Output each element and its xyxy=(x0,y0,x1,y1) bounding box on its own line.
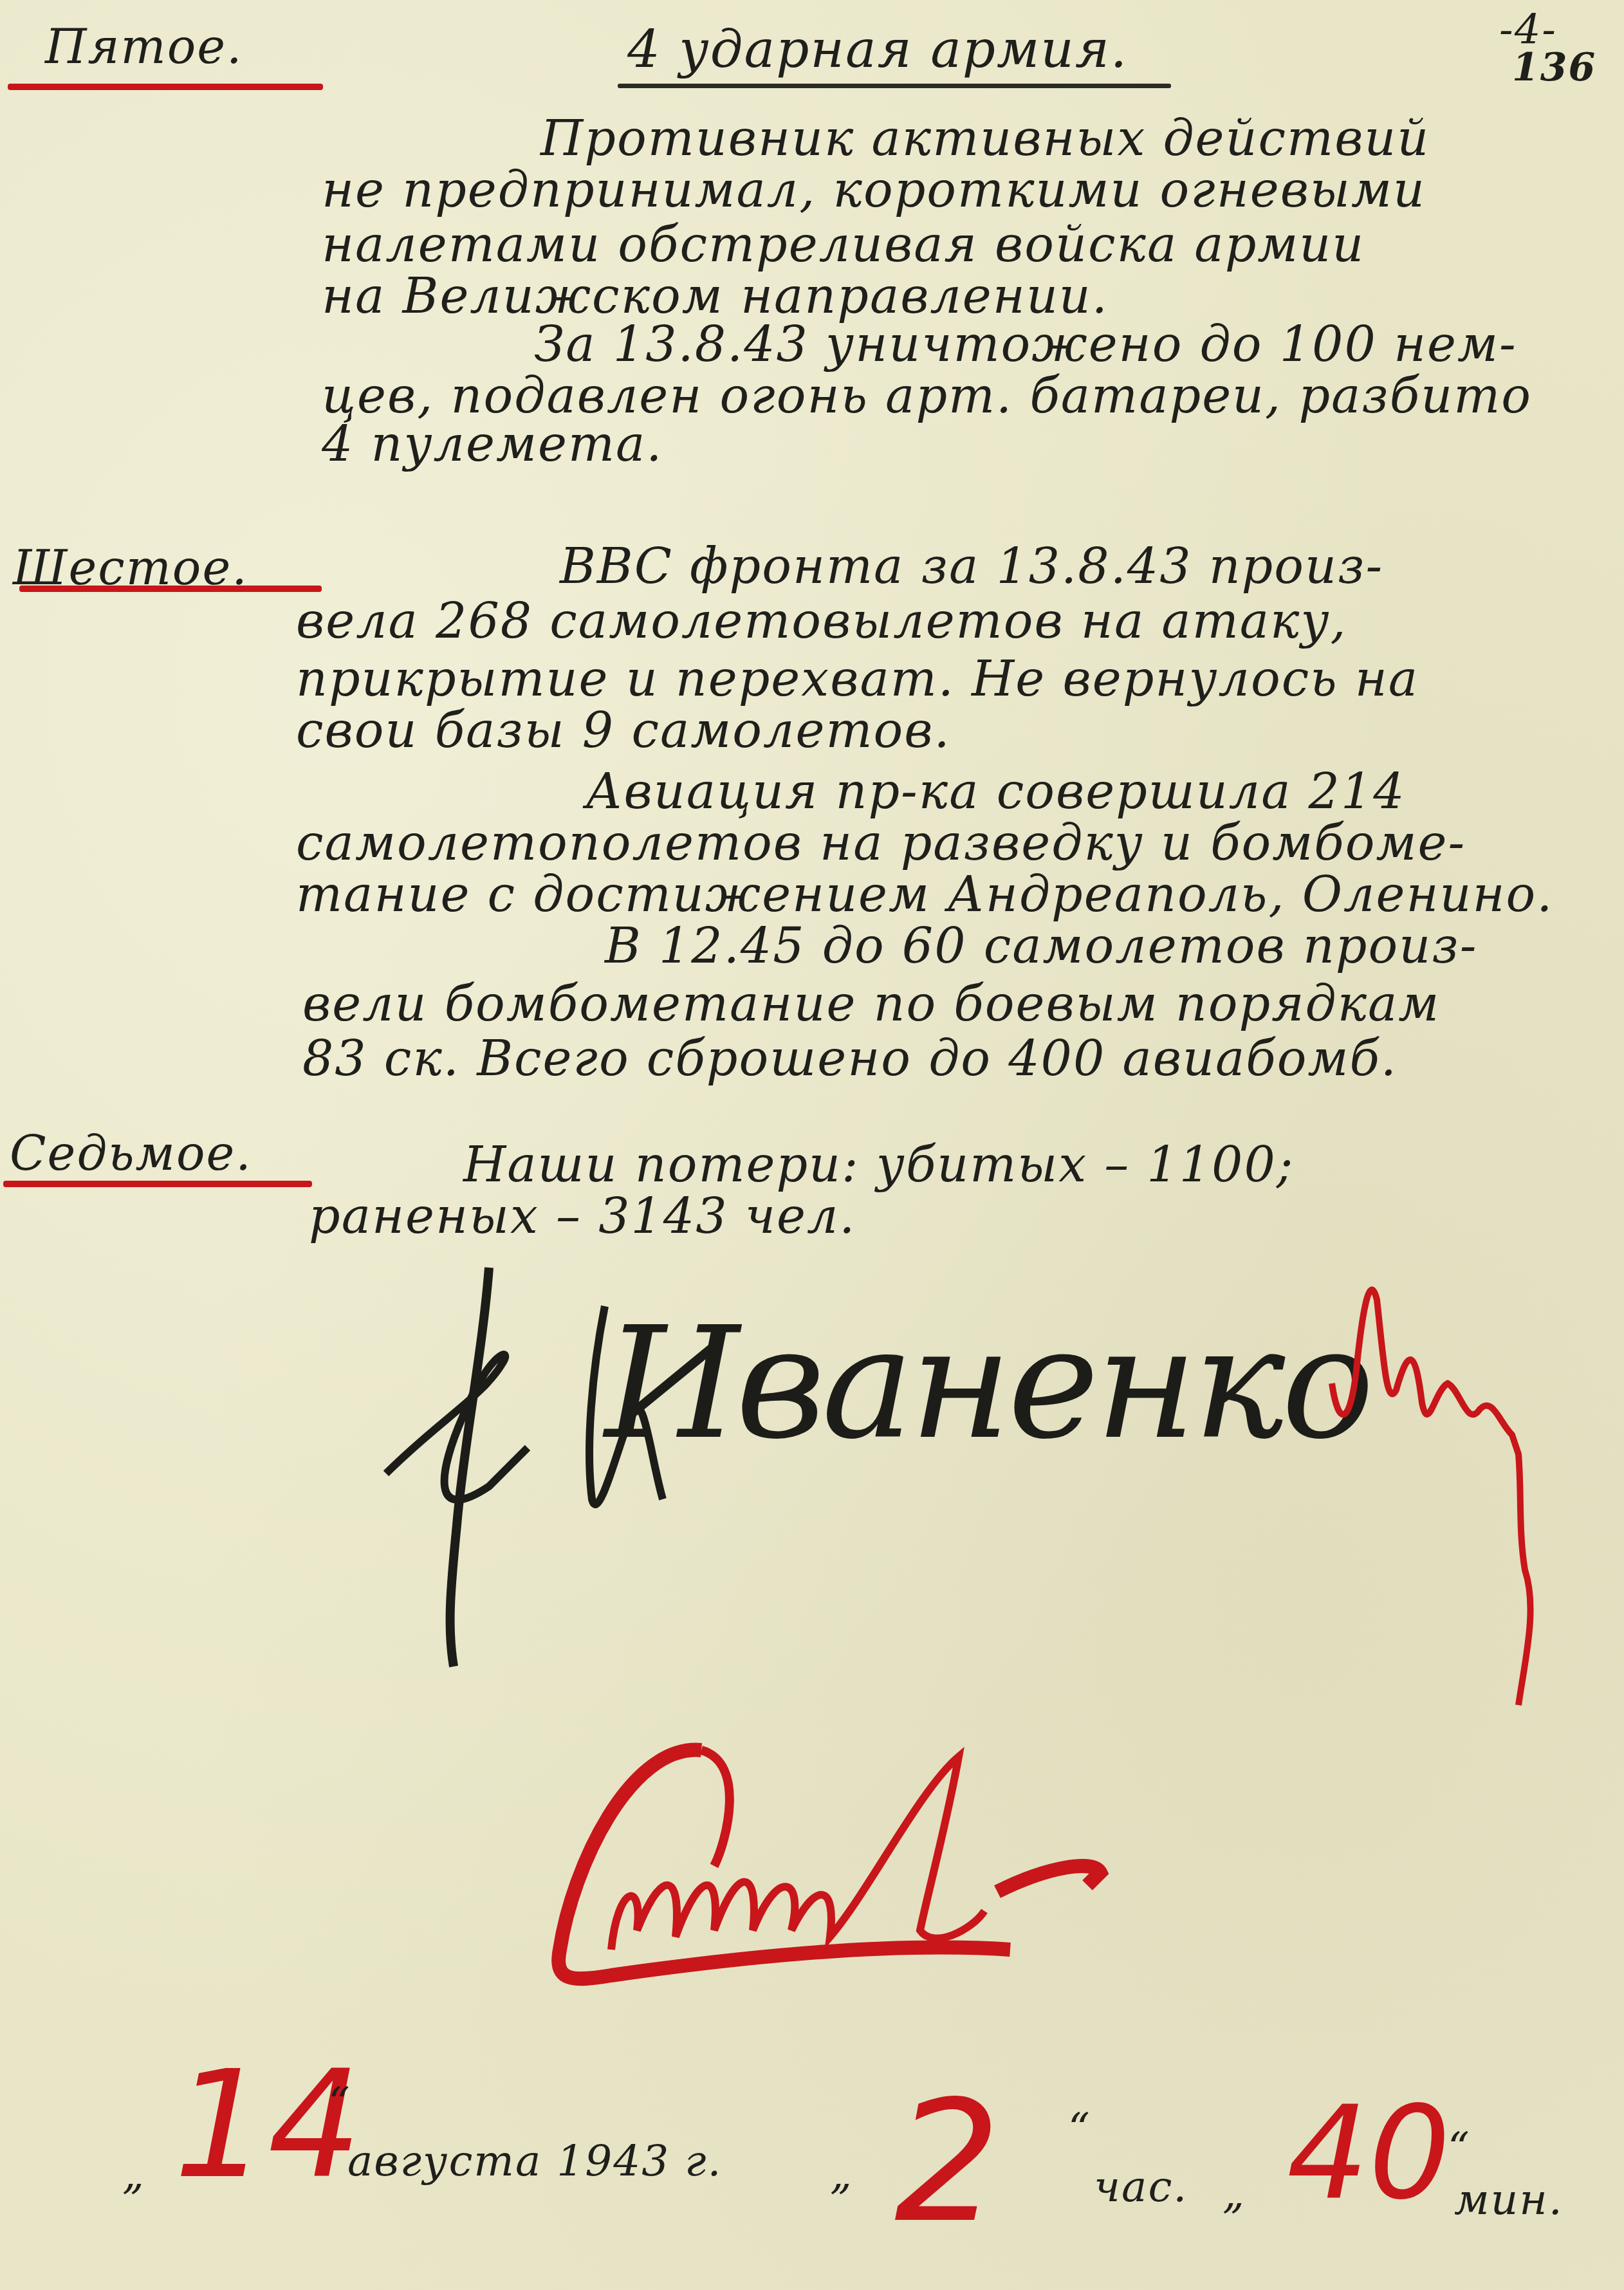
text-line: налетами обстреливая войска армии xyxy=(322,216,1365,273)
signature-black: Иваненко xyxy=(360,1255,1325,1676)
text-line: 83 ск. Всего сброшено до 400 авиабомб. xyxy=(302,1030,1398,1087)
footer-quote-close-hour: “ xyxy=(1068,2104,1091,2154)
signature-red-large-stroke-icon xyxy=(534,1737,1306,2008)
text-line: свои базы 9 самолетов. xyxy=(296,701,951,759)
text-line: Противник активных действий xyxy=(540,109,1430,167)
section-label-fifth: Пятое. xyxy=(45,19,243,75)
footer-quote-close-min: “ xyxy=(1448,2123,1471,2173)
text-line: не предпринимал, короткими огневыми xyxy=(322,161,1426,218)
footer-quote-close-day: “ xyxy=(328,2078,351,2128)
signature-red-center: Семенов xyxy=(534,1737,1306,2010)
footer-minutes: 40 xyxy=(1287,2078,1451,2228)
archive-number: 136 xyxy=(1512,45,1596,90)
text-line: раненых – 3143 чел. xyxy=(309,1187,856,1244)
text-line: самолетополетов на разведку и бомбоме- xyxy=(296,814,1466,871)
footer-month-year: августа 1943 г. xyxy=(347,2136,723,2186)
text-line: прикрытие и перехват. Не вернулось на xyxy=(296,650,1419,707)
footer-hour: 2 xyxy=(894,2065,1001,2260)
section-underline-seventh xyxy=(3,1181,312,1187)
footer-quote-open-hour: „ xyxy=(830,2149,853,2199)
section-underline-sixth xyxy=(19,586,322,592)
text-line: 4 пулемета. xyxy=(322,415,663,472)
signature-red-stroke-icon xyxy=(1325,1261,1621,1712)
text-line: Наши потери: убитых – 1100; xyxy=(463,1136,1294,1193)
text-line: В 12.45 до 60 самолетов произ- xyxy=(605,917,1477,974)
text-line: тание с достижением Андреаполь, Оленино. xyxy=(296,865,1553,923)
title-underline xyxy=(618,84,1171,88)
signature-red-right: Литвинов xyxy=(1325,1261,1621,1714)
text-line: За 13.8.43 уничтожено до 100 нем- xyxy=(534,315,1517,373)
footer-quote-open-min: „ xyxy=(1223,2168,1246,2218)
section-underline-fifth xyxy=(8,84,323,90)
footer-quote-open: „ xyxy=(122,2149,145,2199)
footer-hour-label: час. xyxy=(1094,2162,1188,2212)
footer-minutes-label: мин. xyxy=(1454,2175,1564,2224)
section-title: 4 ударная армия. xyxy=(627,19,1128,79)
text-line: вела 268 самолетовылетов на атаку, xyxy=(296,592,1347,649)
text-line: Авиация пр-ка совершила 214 xyxy=(586,762,1406,820)
text-line: вели бомбометание по боевым порядкам xyxy=(302,975,1440,1032)
text-line: ВВС фронта за 13.8.43 произ- xyxy=(560,537,1383,595)
section-label-seventh: Седьмое. xyxy=(10,1126,252,1181)
